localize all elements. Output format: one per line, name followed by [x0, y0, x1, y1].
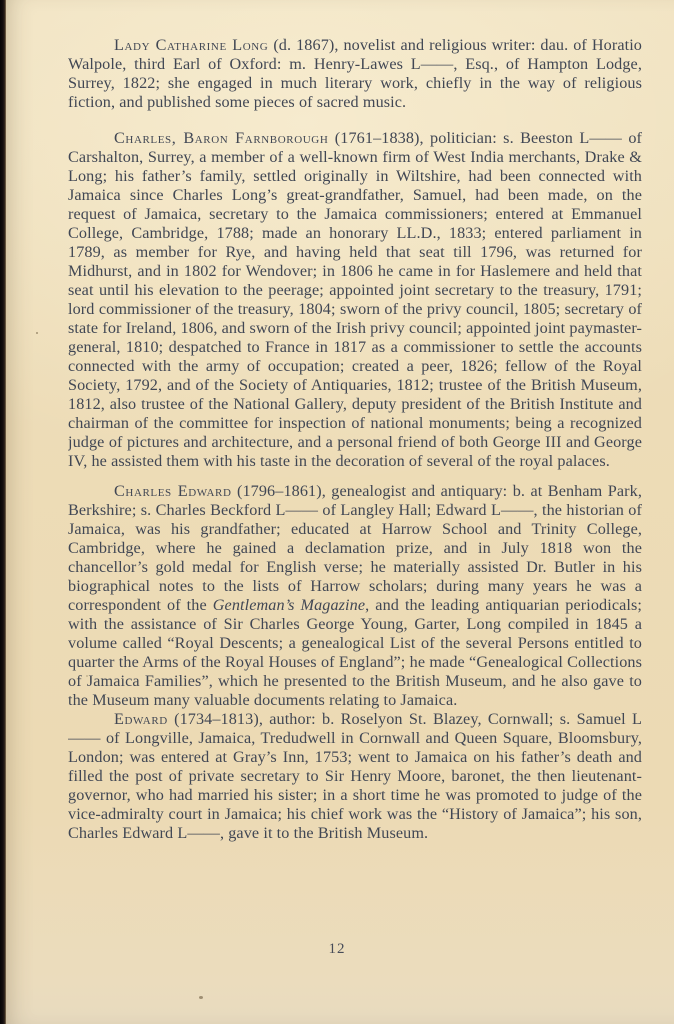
book-page-scan: Lady Catharine Long (d. 1867), novelist … — [0, 0, 674, 1024]
dust-speck — [36, 332, 38, 334]
entry-edward: Edward (1734–1813), author: b. Roselyon … — [68, 710, 642, 843]
text-segment-smallcaps: Edward — [114, 710, 168, 728]
text-segment: (1796–1861), genealogist and antiquary: … — [68, 482, 642, 614]
text-segment: (1761–1838), politician: s. Beeston L—— … — [68, 129, 642, 470]
binding-edge — [0, 0, 6, 1024]
entry-lady-catharine-long: Lady Catharine Long (d. 1867), novelist … — [68, 36, 642, 112]
entry-charles-edward: Charles Edward (1796–1861), genealogist … — [68, 482, 642, 710]
text-segment: (1734–1813), author: b. Roselyon St. Bla… — [68, 710, 642, 842]
entry-charles-baron-farnborough: Charles, Baron Farnborough (1761–1838), … — [68, 129, 642, 471]
text-block: Lady Catharine Long (d. 1867), novelist … — [68, 36, 642, 948]
text-segment-smallcaps: Lady Catharine Long — [114, 36, 268, 54]
text-segment-italic: Gentleman’s Magazine — [213, 596, 365, 614]
page-number: 12 — [0, 941, 674, 958]
text-segment-smallcaps: Charles, Baron Farnborough — [114, 129, 328, 147]
text-segment-smallcaps: Charles Edward — [114, 482, 232, 500]
dust-speck — [86, 675, 88, 677]
dust-speck — [199, 996, 203, 999]
